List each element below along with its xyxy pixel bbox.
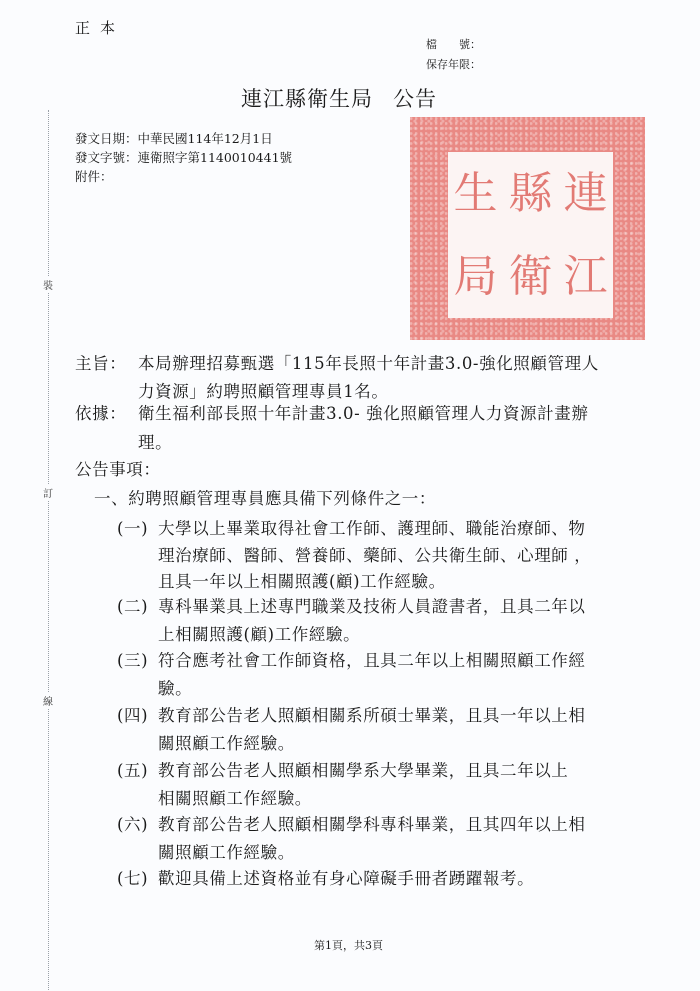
retention-period-label: 保存年限： xyxy=(426,56,481,72)
file-number-label-b: 號： xyxy=(459,38,481,51)
reference-number: 發文字號：連衛照字第1140010441號 xyxy=(75,148,292,166)
item-marker: (六) xyxy=(117,811,148,835)
seal-glyph: 生 xyxy=(448,152,503,235)
item-marker: (三) xyxy=(117,647,148,671)
item-line: 教育部公告老人照顧相關系所碩士畢業，且具一年以上相 xyxy=(158,702,586,726)
item-line: 大學以上畢業取得社會工作師、護理師、職能治療師、物 xyxy=(158,515,586,539)
subject-label: 主旨： xyxy=(75,350,126,374)
item-marker: (二) xyxy=(117,593,148,617)
page-number: 第1頁，共3頁 xyxy=(314,937,383,953)
agency-name: 連江縣衛生局 xyxy=(241,87,373,111)
item-line: 驗。 xyxy=(158,675,192,699)
copy-mark: 正本 xyxy=(75,17,125,38)
subject-line-2: 力資源」約聘照顧管理專員1名。 xyxy=(138,378,389,402)
basis-line-1: 衛生福利部長照十年計畫3.0- 強化照顧管理人力資源計畫辦 xyxy=(138,400,588,424)
binding-mark-zhuang: 裝 xyxy=(41,277,55,292)
file-number-label-a: 檔 xyxy=(426,38,437,51)
basis-label: 依據： xyxy=(75,400,126,424)
item-marker: (五) xyxy=(117,757,148,781)
item-line: 理治療師、醫師、營養師、藥師、公共衛生師、心理師 ， xyxy=(158,542,591,566)
binding-mark-ding: 訂 xyxy=(41,485,55,500)
item-line: 上相關照護(顧)工作經驗。 xyxy=(158,621,360,645)
announcement-label: 公告事項： xyxy=(75,456,161,480)
seal-glyph: 連 xyxy=(558,152,613,235)
item-line: 歡迎具備上述資格並有身心障礙手冊者踴躍報考。 xyxy=(158,865,534,889)
seal-glyph: 江 xyxy=(558,235,613,318)
item-line: 專科畢業具上述專門職業及技術人員證書者，且具二年以 xyxy=(158,593,586,617)
item-marker: (四) xyxy=(117,702,148,726)
subject-line-1: 本局辦理招募甄選「115年長照十年計畫3.0-強化照顧管理人 xyxy=(138,350,599,374)
item-marker: (七) xyxy=(117,865,148,889)
seal-glyph: 局 xyxy=(448,235,503,318)
official-seal: 連 縣 生 江 衛 局 xyxy=(410,117,645,340)
item-line: 符合應考社會工作師資格，且具二年以上相關照顧工作經 xyxy=(158,647,586,671)
seal-glyph: 縣 xyxy=(503,152,558,235)
seal-inner: 連 縣 生 江 衛 局 xyxy=(448,152,613,318)
document-title: 連江縣衛生局公告 xyxy=(241,83,437,113)
document-type: 公告 xyxy=(393,87,437,111)
section-heading: 一、約聘照顧管理專員應具備下列條件之一： xyxy=(94,485,436,509)
issue-date: 發文日期：中華民國114年12月1日 xyxy=(75,129,273,147)
item-line: 教育部公告老人照顧相關學科專科畢業，且其四年以上相 xyxy=(158,811,586,835)
file-number-label: 檔號： xyxy=(426,36,481,52)
attachment-label: 附件： xyxy=(75,167,113,185)
item-line: 相關照顧工作經驗。 xyxy=(158,785,312,809)
basis-line-2: 理。 xyxy=(138,429,172,453)
item-line: 教育部公告老人照顧相關學系大學畢業，且具二年以上 xyxy=(158,757,568,781)
binding-line xyxy=(48,110,49,990)
item-line: 關照顧工作經驗。 xyxy=(158,839,295,863)
seal-glyph: 衛 xyxy=(503,235,558,318)
item-marker: (一) xyxy=(117,515,148,539)
item-line: 且具一年以上相關照護(顧)工作經驗。 xyxy=(158,568,446,592)
item-line: 關照顧工作經驗。 xyxy=(158,730,295,754)
binding-mark-xian: 線 xyxy=(41,693,55,708)
